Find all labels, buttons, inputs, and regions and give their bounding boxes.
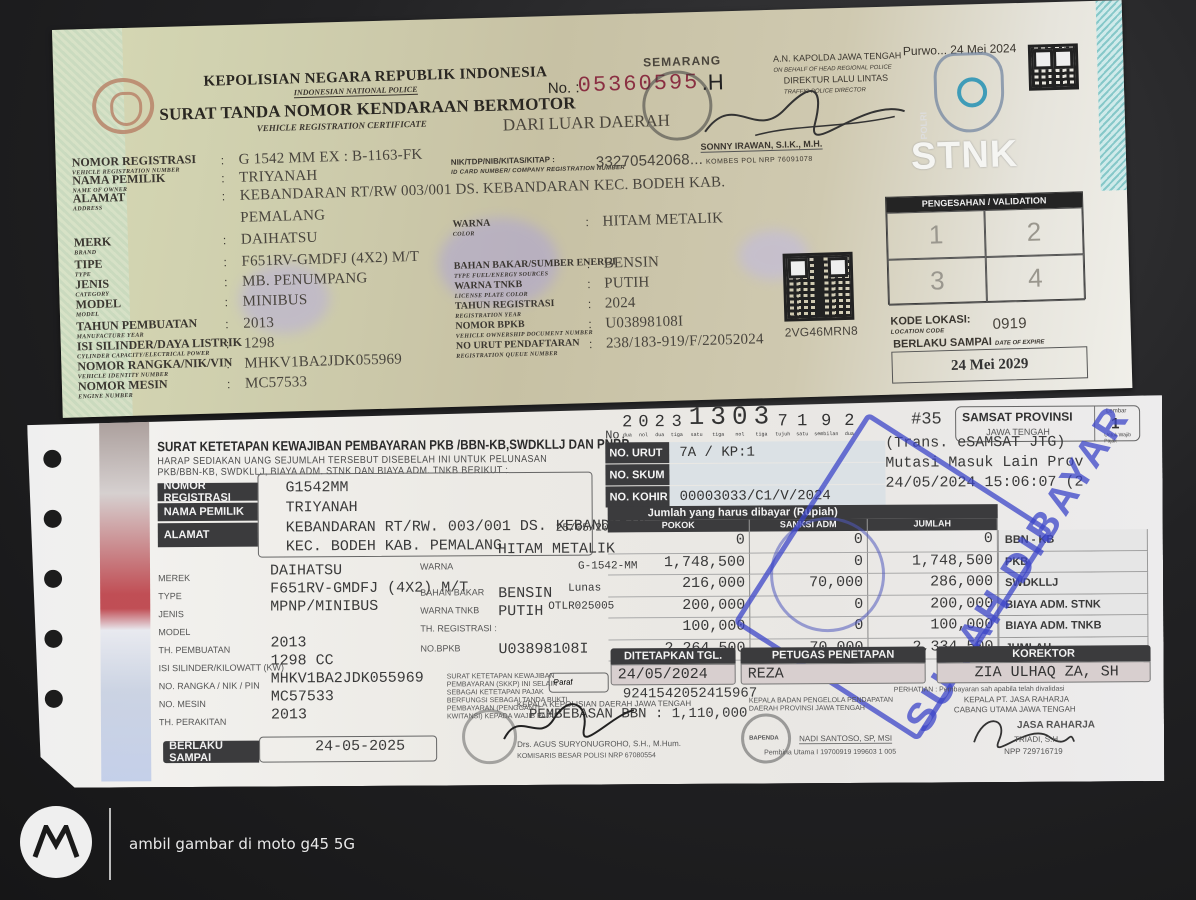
fee-pokok: 100,000 bbox=[608, 618, 750, 640]
director-block: DIREKTUR LALU LINTAS TRAFFIC POLICE DIRE… bbox=[784, 73, 889, 98]
fee-pokok: 200,000 bbox=[608, 596, 750, 618]
slip-expiry-value: 24-05-2025 bbox=[315, 738, 405, 756]
vehicle-value: DAIHATSU bbox=[270, 562, 342, 579]
colon: : bbox=[223, 233, 227, 247]
field-value: G 1542 MM EX : B-1163-FK bbox=[238, 147, 422, 169]
vehicle-label: JENIS bbox=[158, 609, 184, 619]
field-value: 238/183-919/F/22052024 bbox=[606, 331, 764, 352]
vehicle-value: MC57533 bbox=[271, 688, 334, 705]
mid-value: HITAM METALIK bbox=[498, 540, 615, 558]
field-label: ALAMATADDRESS bbox=[73, 192, 126, 215]
vehicle-label: NO. RANGKA / NIK / PIN bbox=[159, 681, 260, 692]
bapenda-stamp-text: BAPENDA bbox=[749, 734, 779, 742]
stnk-card: KEPOLISIAN NEGARA REPUBLIK INDONESIA IND… bbox=[52, 0, 1132, 418]
field-value: MINIBUS bbox=[242, 292, 307, 311]
vehicle-label: TH. PERAKITAN bbox=[159, 717, 226, 727]
field-value: MC57533 bbox=[245, 374, 308, 393]
police-badge-icon bbox=[933, 51, 1005, 133]
field-value: HITAM METALIK bbox=[602, 210, 723, 230]
reg-label: NOMOR REGISTRASI bbox=[157, 483, 257, 502]
field-value: U03898108I bbox=[605, 313, 683, 332]
issuing-city: SEMARANG bbox=[643, 53, 721, 69]
colon: : bbox=[587, 257, 591, 271]
qr-code-text: 2VG46MRN8 bbox=[785, 324, 859, 340]
punch-hole bbox=[44, 630, 62, 648]
location-label: KODE LOKASI: LOCATION CODE bbox=[890, 314, 971, 338]
serial-digit: 1satu bbox=[796, 412, 808, 437]
stnk-logo: STNK bbox=[910, 133, 1019, 179]
mid-label: NO.BPKB bbox=[420, 643, 460, 653]
punch-hole bbox=[43, 450, 61, 468]
punch-hole bbox=[45, 690, 63, 708]
serial-digit: 3tiga bbox=[671, 413, 683, 438]
side-value: OTLR025005 bbox=[548, 600, 614, 612]
mid-value: U03898108I bbox=[498, 641, 588, 659]
serial-digit: 1satu bbox=[689, 402, 705, 438]
field-label: NO URUT PENDAFTARANREGISTRATION QUEUE NU… bbox=[456, 337, 580, 362]
serial-digit: 7tujuh bbox=[775, 412, 790, 437]
field-value: PUTIH bbox=[604, 274, 650, 292]
field-value: PEMALANG bbox=[240, 207, 325, 226]
colon: : bbox=[225, 317, 229, 331]
serial-digit: 0nol bbox=[732, 402, 748, 438]
number-label: No. : bbox=[548, 79, 580, 97]
police-rank: KOMISARIS BESAR POLISI NRP 67080554 bbox=[517, 752, 656, 761]
colon: : bbox=[588, 297, 592, 311]
serial-digit: 2dua bbox=[654, 413, 664, 438]
issuer-en: INDONESIAN NATIONAL POLICE bbox=[294, 85, 418, 98]
head-key: NO. URUT bbox=[605, 442, 669, 463]
field-label: NOMOR MESINENGINE NUMBER bbox=[78, 379, 168, 403]
police-emblem-icon bbox=[91, 77, 155, 135]
petugas-label: PETUGAS PENETAPAN bbox=[741, 647, 926, 664]
vehicle-value: MHKV1BA2JDK055969 bbox=[271, 670, 424, 688]
vehicle-value: 1298 CC bbox=[271, 652, 334, 669]
colon: : bbox=[223, 255, 227, 269]
field-value: MB. PENUMPANG bbox=[242, 270, 368, 290]
bapenda-rank: Pembina Utama I 19700919 199603 1 005 bbox=[764, 749, 896, 758]
validation-cell: 1 bbox=[886, 210, 985, 259]
watermark-divider bbox=[109, 808, 111, 880]
slip-expiry-label: BERLAKU SAMPAI bbox=[163, 741, 259, 764]
qr-code-icon bbox=[1028, 43, 1079, 90]
jr-npp: NPP 729716719 bbox=[1004, 748, 1063, 756]
field-value: DAIHATSU bbox=[241, 230, 318, 249]
field-value: 2024 bbox=[605, 295, 636, 313]
colon: : bbox=[587, 277, 591, 291]
validation-table: PENGESAHAN / VALIDATION 1234 bbox=[885, 191, 1086, 304]
serial-digit: 3tiga bbox=[753, 401, 769, 437]
mid-label: WARNA TNKB bbox=[420, 605, 479, 615]
validation-cell: 4 bbox=[986, 254, 1085, 303]
korektor-value: ZIA ULHAQ ZA, SH bbox=[937, 661, 1151, 683]
validation-cell: 2 bbox=[984, 207, 1083, 256]
field-label: WARNACOLOR bbox=[452, 218, 490, 241]
bapenda-name: NADI SANTOSO, SP, MSI bbox=[799, 735, 892, 745]
serial-label: No. bbox=[605, 428, 627, 442]
qr-code-icon bbox=[783, 252, 855, 322]
punch-hole bbox=[44, 570, 62, 588]
vehicle-label: NO. MESIN bbox=[159, 699, 206, 709]
colon: : bbox=[224, 295, 228, 309]
petugas-value: REZA bbox=[741, 663, 926, 685]
jr-name: TRIADI, S.H. bbox=[1014, 736, 1060, 744]
location-code: 0919 bbox=[992, 315, 1027, 333]
mid-label: WARNA bbox=[420, 561, 453, 571]
official-rank: KOMBES POL NRP 76091078 bbox=[706, 155, 813, 168]
field-value: F651RV-GMDFJ (4X2) M/T bbox=[241, 249, 419, 271]
expiry-date: 24 Mei 2029 bbox=[891, 346, 1088, 383]
colon: : bbox=[222, 189, 226, 203]
field-value: 2013 bbox=[243, 315, 274, 333]
korektor-label: KOREKTOR bbox=[937, 645, 1151, 662]
ditetapkan-label: DITETAPKAN TGL. bbox=[611, 648, 736, 665]
colon: : bbox=[227, 377, 231, 391]
vehicle-label: MEREK bbox=[158, 573, 190, 583]
jr-head: KEPALA PT. JASA RAHARJA bbox=[964, 696, 1069, 705]
motorola-logo-icon bbox=[20, 806, 92, 878]
serial-digit: 9sembilan bbox=[814, 412, 838, 437]
field-label: BAHAN BAKAR/SUMBER ENERGITYPE FUEL/ENERG… bbox=[454, 256, 617, 283]
head-key: NO. KOHIR bbox=[606, 486, 670, 507]
vehicle-label: TH. PEMBUATAN bbox=[158, 645, 230, 655]
vehicle-label: ISI SILINDER/KILOWATT (KW) bbox=[159, 662, 284, 673]
vehicle-value: MPNP/MINIBUS bbox=[270, 598, 378, 616]
nik-value: 33270542068... bbox=[596, 151, 704, 171]
address-line-2: KEC. BODEH KAB. PEMALANG bbox=[286, 537, 502, 555]
fee-name: BIAYA ADM. TNKB bbox=[998, 615, 1148, 637]
field-value: TRIYANAH bbox=[239, 168, 318, 187]
guilloche-pattern bbox=[1096, 0, 1127, 191]
signature-icon bbox=[499, 698, 639, 749]
reg-number: G1542MM bbox=[285, 479, 348, 496]
validation-cell: 3 bbox=[888, 257, 987, 306]
perhatian-note: PERHATIAN : Pembayaran sah apabila telah… bbox=[894, 686, 1065, 695]
bapenda-head: KEPALA BADAN PENGELOLA PENDAPATAN DAERAH… bbox=[749, 697, 919, 714]
owner-name: TRIYANAH bbox=[286, 499, 358, 516]
mid-label: BAHAN BAKAR bbox=[420, 587, 484, 597]
field-value: MHKV1BA2JDK055969 bbox=[244, 351, 402, 372]
serial-digit: 0nol bbox=[638, 413, 648, 438]
colon: : bbox=[589, 337, 593, 351]
owner-label: NAMA PEMILIK bbox=[158, 503, 258, 522]
colon: : bbox=[221, 171, 225, 185]
official-name: SONNY IRAWAN, S.I.K., M.H. bbox=[700, 139, 822, 153]
mid-value: BENSIN bbox=[498, 585, 552, 602]
mid-label: TH. REGISTRASI : bbox=[420, 623, 497, 633]
punch-hole bbox=[44, 510, 62, 528]
serial-number: 2dua0nol2dua3tiga1satu3tiga0nol3tiga7tuj… bbox=[622, 401, 855, 438]
slip-title: SURAT KETETAPAN KEWAJIBAN PEMBAYARAN PKB… bbox=[157, 436, 629, 454]
field-value: 1298 bbox=[244, 335, 275, 353]
tax-slip: SURAT KETETAPAN KEWAJIBAN PEMBAYARAN PKB… bbox=[27, 395, 1164, 788]
hologram-strip bbox=[99, 421, 151, 781]
watermark-text: ambil gambar di moto g45 5G bbox=[129, 835, 355, 853]
vehicle-value: 2013 bbox=[271, 706, 307, 723]
paraf-box: Paraf bbox=[549, 672, 609, 692]
colon: : bbox=[585, 215, 589, 229]
colon: : bbox=[588, 317, 592, 331]
side-value: Lunas bbox=[568, 582, 601, 594]
head-key: NO. SKUM bbox=[605, 464, 669, 485]
mid-value: PUTIH bbox=[498, 603, 543, 620]
serial-digit: 3tiga bbox=[710, 402, 726, 438]
colon: : bbox=[221, 153, 225, 167]
address-label: ALAMAT bbox=[158, 523, 258, 548]
counter-number: #35 bbox=[911, 410, 942, 429]
field-value: BENSIN bbox=[604, 254, 660, 273]
fee-pokok: 216,000 bbox=[608, 575, 750, 597]
ditetapkan-value: 24/05/2024 bbox=[611, 664, 736, 686]
colon: : bbox=[226, 337, 230, 351]
vehicle-value: 2013 bbox=[270, 634, 306, 651]
fee-pokok: 0 bbox=[608, 532, 750, 554]
colon: : bbox=[224, 275, 228, 289]
fee-column-header: POKOK bbox=[608, 520, 750, 533]
fee-pokok: 1,748,500 bbox=[608, 553, 750, 575]
vehicle-label: TYPE bbox=[158, 591, 182, 601]
colon: : bbox=[226, 357, 230, 371]
vehicle-label: MODEL bbox=[158, 627, 190, 637]
